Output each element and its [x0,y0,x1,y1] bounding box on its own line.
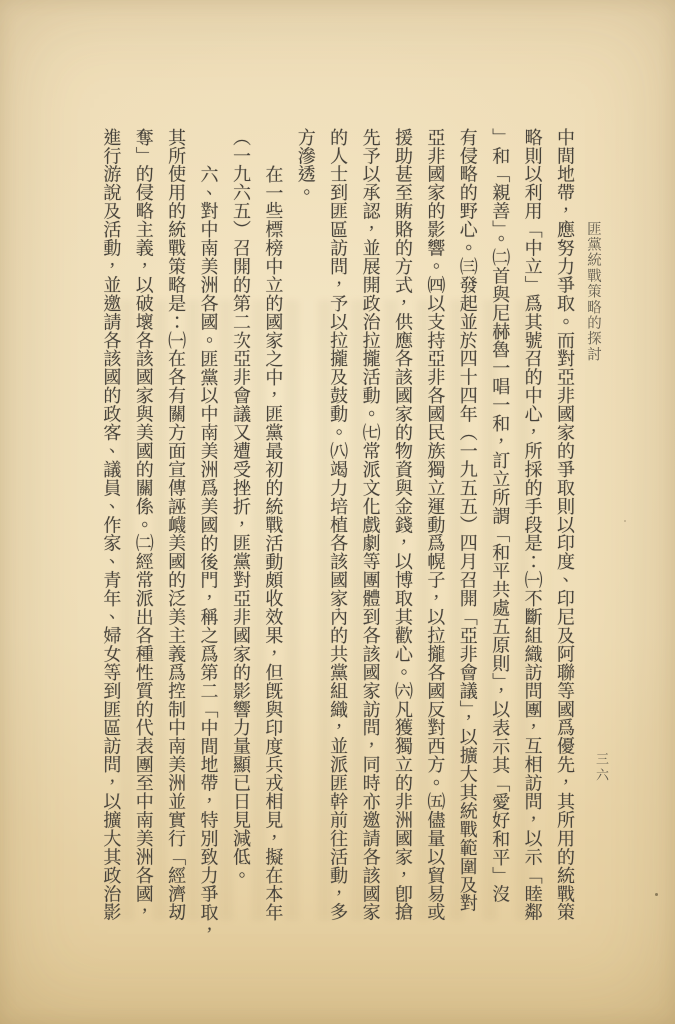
page-number: 三六 [592,752,611,784]
text-column: 方滲透。 [289,128,321,928]
running-title: 匪黨統戰策略的探討 [583,221,604,381]
text-column: 六、對中南美洲各國。匪黨以中南美洲爲美國的後門，稱之爲第二「中間地帶，特別致力爭… [192,128,224,928]
text-column: 其所使用的統戰策略是：㈠在各有關方面宣傳誣衊美國的泛美主義爲控制中南美洲並實行「… [160,128,192,928]
text-column: 先予以承認，並展開政治拉攏活動。㈦常派文化戲劇等團體到各該國家訪問，同時亦邀請各… [354,128,386,928]
text-column: 有侵略的野心。㈢發起並於四十四年（一九五五）四月召開「亞非會議」，以擴大其統戰範… [451,128,483,928]
vertical-text-block: 中間地帶，應努力爭取。而對亞非國家的爭取則以印度、印尼及阿聯等國爲優先，其所用的… [94,128,581,928]
text-column: 奪」的侵略主義，以破壞各該國家與美國的關係。㈡經常派出各種性質的代表團至中南美洲… [127,128,159,928]
text-column: 亞非國家的影響。㈣以支持亞非各國民族獨立運動爲幌子，以拉攏各國反對西方。㈤儘量以… [419,128,451,928]
scanned-book-page: 匪黨統戰策略的探討 三六 中間地帶，應努力爭取。而對亞非國家的爭取則以印度、印尼… [0,0,675,1024]
text-column: 略則以利用「中立」爲其號召的中心，所採的手段是：㈠不斷組織訪問團，互相訪問，以示… [516,128,548,928]
paper-speck [655,893,658,896]
text-column: 援助甚至賄賂的方式，供應各該國家的物資與金錢，以博取其歡心。㈥凡獲獨立的非洲國家… [387,128,419,928]
text-column: 中間地帶，應努力爭取。而對亞非國家的爭取則以印度、印尼及阿聯等國爲優先，其所用的… [549,128,581,928]
text-column: 的人士到匪區訪問，予以拉攏及鼓動。㈧竭力培植各該國家內的共黨組織，並派匪幹前往活… [322,128,354,928]
text-column: 在一些標榜中立的國家之中，匪黨最初的統戰活動頗收效果，但旣與印度兵戎相見，擬在本… [257,128,289,928]
text-column: 進行游說及活動，並邀請各該國的政客、議員、作家、青年、婦女等到匪區訪問，以擴大其… [95,128,127,928]
paper-speck [624,520,626,522]
text-column: 」和「親善」。㈡首與尼赫魯一唱一和，訂立所謂「和平共處五原則」，以表示其「愛好和… [484,128,516,928]
text-column: （一九六五）召開的第二次亞非會議又遭受挫折，匪黨對亞非國家的影響力量顯已日見減低… [225,128,257,928]
